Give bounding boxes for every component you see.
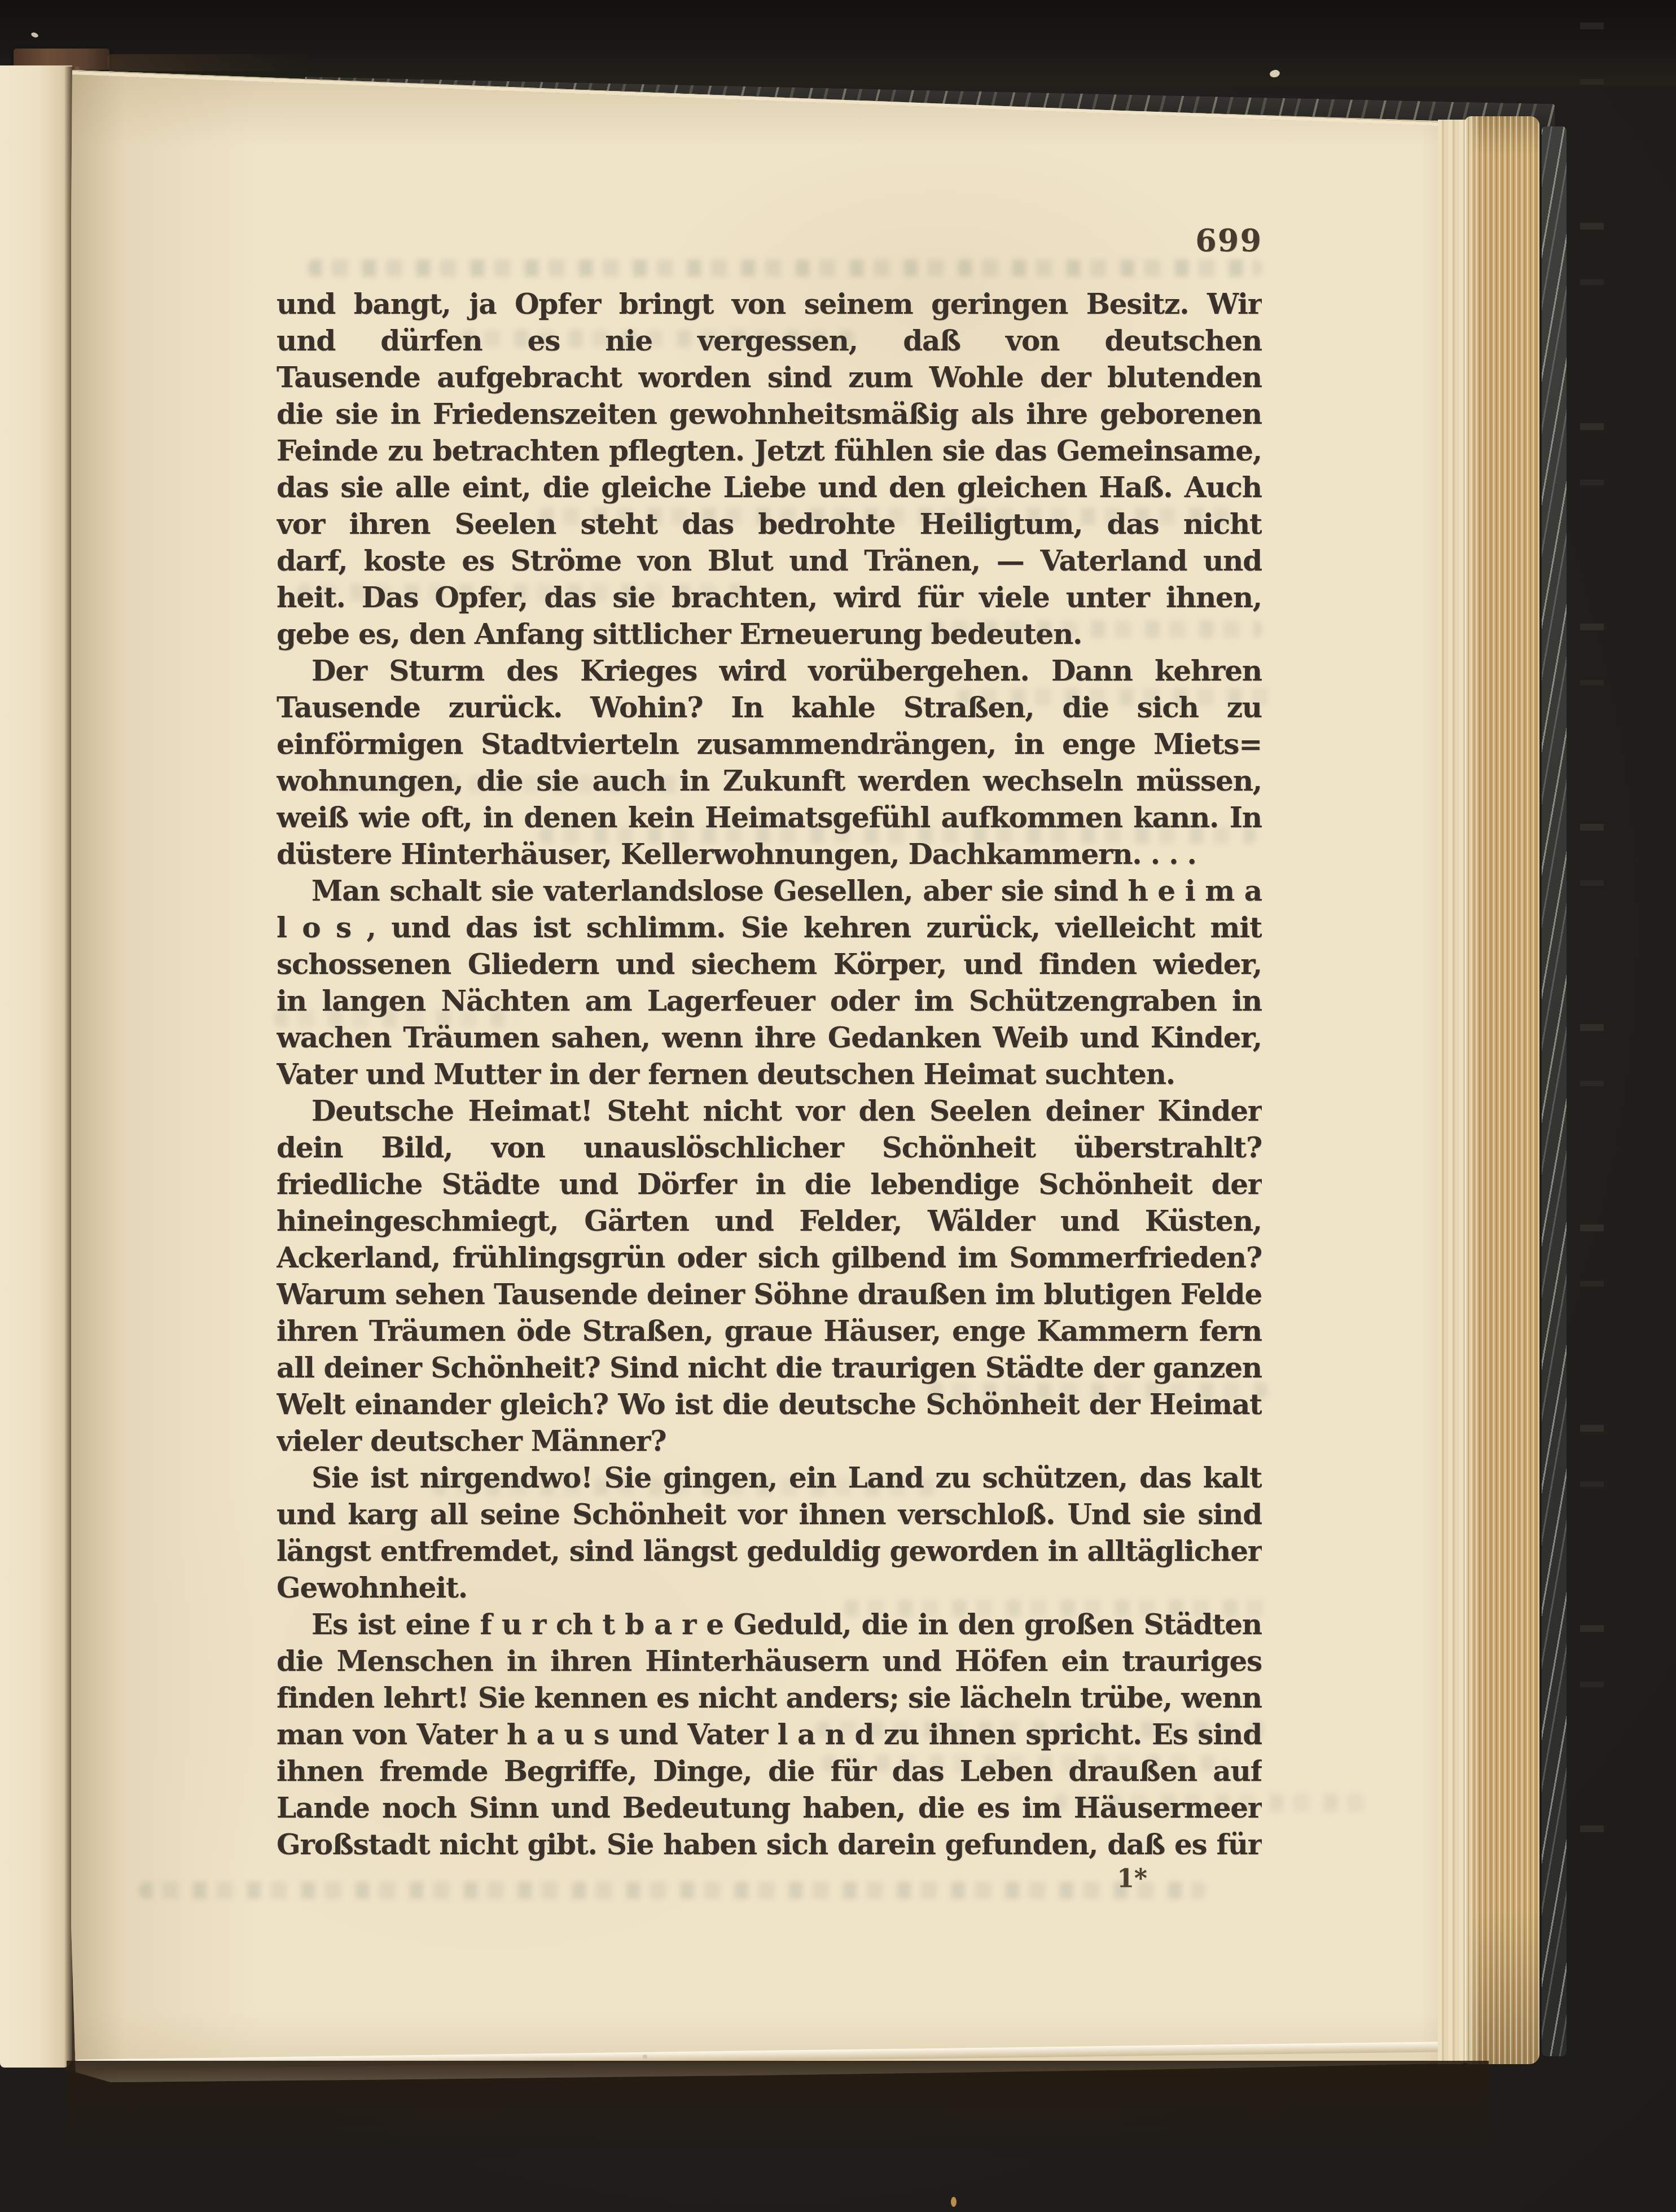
text-line: Der Sturm des Krieges wird vorübergehen.… <box>277 652 1262 689</box>
text-line: einförmigen Stadtvierteln zusammendränge… <box>277 726 1262 762</box>
bleedthrough-mark <box>308 260 1262 276</box>
text-line: weiß wie oft, in denen kein Heimatsgefüh… <box>277 799 1262 836</box>
book-page: 699 und bangt, ja Opfer bringt von seine… <box>71 62 1475 2085</box>
text-line: Vater und Mutter in der fernen deutschen… <box>277 1056 1262 1092</box>
text-line: schossenen Gliedern und siechem Körper, … <box>277 946 1262 982</box>
text-line: Gewohnheit. <box>277 1569 1262 1606</box>
text-line: vor ihren Seelen steht das bedrohte Heil… <box>277 506 1262 542</box>
text-line: in langen Nächten am Lagerfeuer oder im … <box>277 982 1262 1019</box>
fore-edge-pages <box>1465 116 1539 2064</box>
text-line: wachen Träumen sahen, wenn ihre Gedanken… <box>277 1019 1262 1056</box>
text-line: Man schalt sie vaterlandslose Gesellen, … <box>277 872 1262 909</box>
text-line: heit. Das Opfer, das sie brachten, wird … <box>277 579 1262 616</box>
binding-shadow <box>107 54 316 71</box>
text-line: finden lehrt! Sie kennen es nicht anders… <box>277 1679 1262 1716</box>
book-photo: 699 und bangt, ja Opfer bringt von seine… <box>0 0 1676 2212</box>
text-line: vieler deutscher Männer? <box>277 1423 1262 1459</box>
text-line: Es ist eine f u r ch t b a r e Geduld, d… <box>277 1606 1262 1643</box>
text-line: Großstadt nicht gibt. Sie haben sich dar… <box>277 1826 1262 1863</box>
text-line: die Menschen in ihren Hinterhäusern und … <box>277 1643 1262 1679</box>
text-line: friedliche Städte und Dörfer in die lebe… <box>277 1166 1262 1202</box>
text-line: Feinde zu betrachten pflegten. Jetzt füh… <box>277 432 1262 469</box>
page-number: 699 <box>1121 222 1262 258</box>
cover-texture <box>1580 23 1604 1873</box>
text-line: hineingeschmiegt, Gärten und Felder, Wäl… <box>277 1202 1262 1239</box>
text-line: und karg all seine Schönheit vor ihnen v… <box>277 1496 1262 1533</box>
text-line: düstere Hinterhäuser, Kellerwohnungen, D… <box>277 836 1262 872</box>
text-line: Tausende zurück. Wohin? In kahle Straßen… <box>277 689 1262 726</box>
text-line: all deiner Schönheit? Sind nicht die tra… <box>277 1349 1262 1386</box>
dust-speck <box>643 2055 647 2059</box>
text-line: und dürfen es nie vergessen, daß von deu… <box>277 322 1262 359</box>
text-line: man von Vater h a u s und Vater l a n d … <box>277 1716 1262 1753</box>
text-line: darf, koste es Ströme von Blut und Träne… <box>277 542 1262 579</box>
text-line: ihren Träumen öde Straßen, graue Häuser,… <box>277 1313 1262 1349</box>
page-shadow <box>67 2061 1489 2179</box>
text-line: Sie ist nirgendwo! Sie gingen, ein Land … <box>277 1459 1262 1496</box>
text-line: längst entfremdet, sind längst geduldig … <box>277 1533 1262 1569</box>
text-line: Tausende aufgebracht worden sind zum Woh… <box>277 359 1262 396</box>
marbled-edge <box>1542 126 1567 2056</box>
book-cover <box>0 0 1676 86</box>
text-line: die sie in Friedenszeiten gewohnheitsmäß… <box>277 396 1262 432</box>
dust-speck <box>951 2197 957 2207</box>
text-line: l o s , und das ist schlimm. Sie kehren … <box>277 909 1262 946</box>
text-line: und bangt, ja Opfer bringt von seinem ge… <box>277 286 1262 322</box>
text-line: ihnen fremde Begriffe, Dinge, die für da… <box>277 1753 1262 1789</box>
text-line: Lande noch Sinn und Bedeutung haben, die… <box>277 1789 1262 1826</box>
text-line: gebe es, den Anfang sittlicher Erneuerun… <box>277 616 1262 652</box>
text-line: Ackerland, frühlingsgrün oder sich gilbe… <box>277 1239 1262 1276</box>
text-line: Welt einander gleich? Wo ist die deutsch… <box>277 1386 1262 1423</box>
text-line: Warum sehen Tausende deiner Söhne drauße… <box>277 1276 1262 1313</box>
text-line: dein Bild, von unauslöschlicher Schönhei… <box>277 1129 1262 1166</box>
signature-mark: 1* <box>1076 1864 1188 1893</box>
text-line: Deutsche Heimat! Steht nicht vor den See… <box>277 1092 1262 1129</box>
bleedthrough-mark <box>139 1882 1205 1899</box>
text-line: wohnungen, die sie auch in Zukunft werde… <box>277 762 1262 799</box>
text-line: das sie alle eint, die gleiche Liebe und… <box>277 469 1262 506</box>
left-page-edge <box>0 65 72 2068</box>
text-block: und bangt, ja Opfer bringt von seinem ge… <box>277 286 1262 1863</box>
